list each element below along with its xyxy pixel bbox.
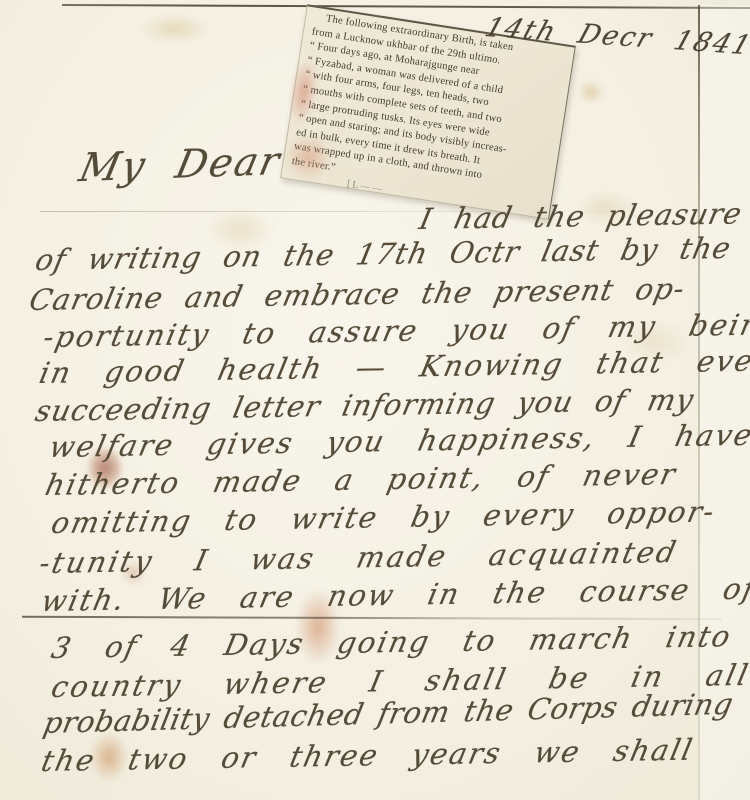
letter-line: -tunity I was made acquainted xyxy=(36,535,681,580)
letter-line: omitting to write by every oppor- xyxy=(48,494,719,540)
letter-line: I had the pleasure xyxy=(416,196,745,236)
letter-line: 3 of 4 Days going to march into a xyxy=(48,618,750,665)
paper-stain xyxy=(140,14,210,44)
paper-stain xyxy=(578,80,604,104)
letter-line: with. We are now in the course of xyxy=(38,571,750,618)
letter-line: the two or three years we shall xyxy=(38,733,697,779)
sheet-top-edge xyxy=(62,4,750,9)
letter-line: hitherto made a point, of never xyxy=(42,457,680,502)
letter-photo: The following extraordinary Birth, is ta… xyxy=(0,0,750,800)
letter-line: of writing on the 17th Octr last by the xyxy=(32,231,734,277)
